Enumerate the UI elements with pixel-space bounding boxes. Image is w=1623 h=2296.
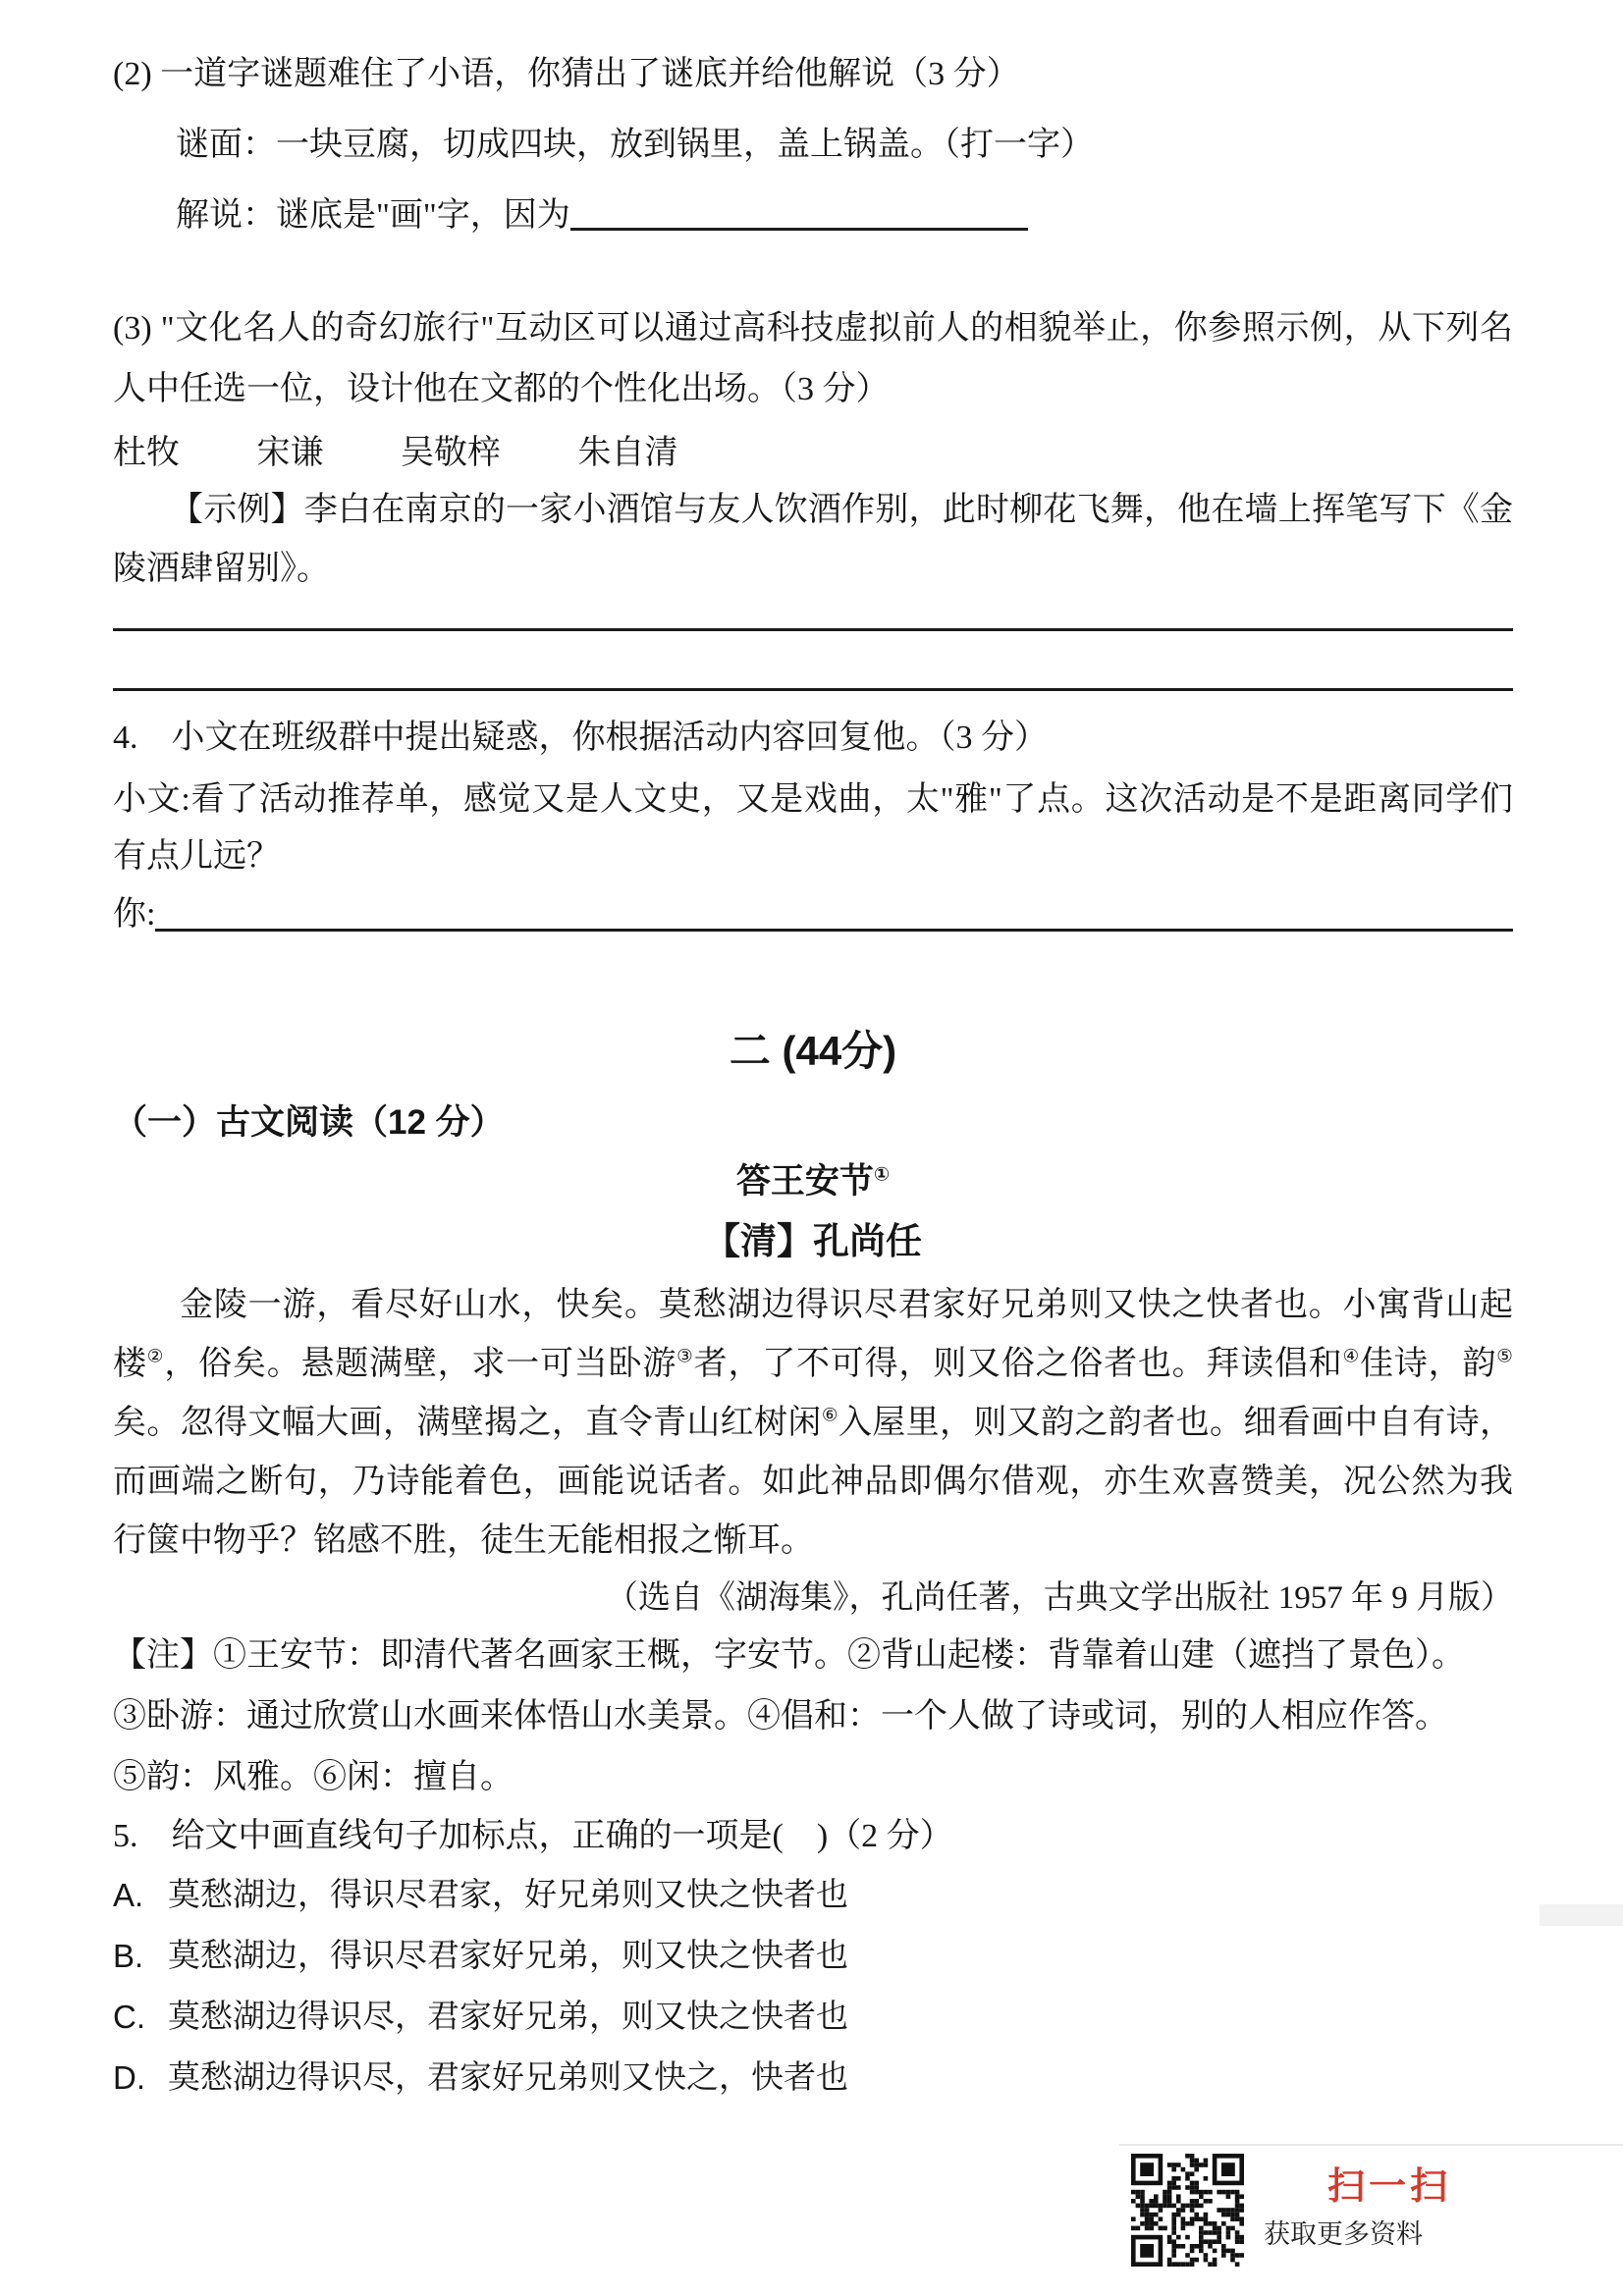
name-item-zhuziqing: 朱自清 [578, 435, 678, 471]
name-item-dumu: 杜牧 [113, 435, 180, 471]
notes-line-3: ⑤韵：风雅。⑥闲：擅自。 [113, 1747, 1513, 1808]
question-2-explain-row: 解说：谜底是"画"字，因为 [176, 196, 1513, 236]
question-5-prompt: 5. 给文中画直线句子加标点，正确的一项是( )（2 分） [113, 1808, 1513, 1865]
option-c-label: C. [113, 1987, 168, 2048]
essay-paragraph: 金陵一游，看尽好山水，快矣。莫愁湖边得识尽君家好兄弟则又快之快者也。小寓背山起楼… [113, 1276, 1513, 1571]
option-d-label: D. [113, 2048, 168, 2109]
option-b-label: B. [113, 1926, 168, 1987]
page-content: (2) 一道字谜题难住了小语，你猜出了谜底并给他解说（3 分） 谜面：一块豆腐，… [113, 55, 1513, 2109]
option-d: D. 莫愁湖边得识尽，君家好兄弟则又快之，快者也 [113, 2048, 1513, 2109]
answer-blank-inline [570, 198, 1028, 231]
option-a-text: 莫愁湖边，得识尽君家，好兄弟则又快之快者也 [168, 1865, 848, 1926]
option-b-text: 莫愁湖边，得识尽君家好兄弟，则又快之快者也 [168, 1926, 848, 1987]
question-4-answer-row: 你: [113, 893, 1513, 936]
name-item-wujingzi: 吴敬梓 [401, 435, 501, 471]
option-b: B. 莫愁湖边，得识尽君家好兄弟，则又快之快者也 [113, 1926, 1513, 1987]
subsection-title: （一）古文阅读（12 分） [113, 1101, 1513, 1145]
footer-divider [1119, 2144, 1623, 2146]
scan-title: 扫一扫 [1327, 2156, 1451, 2210]
essay-author: 【清】孔尚任 [113, 1219, 1513, 1264]
answer-blank-grow [155, 899, 1513, 932]
question-4-prompt: 4. 小文在班级群中提出疑惑，你根据活动内容回复他。（3 分） [113, 717, 1513, 760]
celebrity-name-list: 杜牧 宋谦 吴敬梓 朱自清 [113, 432, 1513, 475]
question-4-you-prefix: 你: [113, 893, 155, 936]
name-item-songqian: 宋谦 [257, 435, 324, 471]
question-2-prompt: (2) 一道字谜题难住了小语，你猜出了谜底并给他解说（3 分） [113, 55, 1513, 94]
notes-line-2: ③卧游：通过欣赏山水画来体悟山水美景。④倡和：一个人做了诗或词，别的人相应作答。 [113, 1686, 1513, 1747]
qr-code [1131, 2154, 1244, 2267]
answer-line-2 [113, 688, 1513, 691]
option-d-text: 莫愁湖边得识尽，君家好兄弟则又快之，快者也 [168, 2048, 848, 2109]
exam-page: (2) 一道字谜题难住了小语，你猜出了谜底并给他解说（3 分） 谜面：一块豆腐，… [0, 0, 1623, 2296]
question-3-prompt: (3) "文化名人的奇幻旅行"互动区可以通过高科技虚拟前人的相貌举止，你参照示例… [113, 298, 1513, 420]
scan-artifact [1540, 1904, 1623, 1926]
question-3-example: 【示例】李白在南京的一家小酒馆与友人饮酒作别，此时柳花飞舞，他在墙上挥笔写下《金… [113, 481, 1513, 599]
answer-line-1 [113, 628, 1513, 631]
essay-source: （选自《湖海集》，孔尚任著，古典文学出版社 1957 年 9 月版） [113, 1571, 1513, 1626]
option-c: C. 莫愁湖边得识尽，君家好兄弟，则又快之快者也 [113, 1987, 1513, 2048]
option-a-label: A. [113, 1865, 168, 1926]
option-c-text: 莫愁湖边得识尽，君家好兄弟，则又快之快者也 [168, 1987, 848, 2048]
option-a: A. 莫愁湖边，得识尽君家，好兄弟则又快之快者也 [113, 1865, 1513, 1926]
notes-line-1: 【注】①王安节：即清代著名画家王概，字安节。②背山起楼：背靠着山建（遮挡了景色）… [113, 1626, 1513, 1686]
question-4-xiaowen: 小文:看了活动推荐单，感觉又是人文史，又是戏曲，太"雅"了点。这次活动是不是距离… [113, 772, 1513, 885]
scan-subtitle: 获取更多资料 [1264, 2213, 1423, 2251]
section-two-title: 二 (44分) [113, 1027, 1513, 1076]
question-2-riddle: 谜面：一块豆腐，切成四块，放到锅里，盖上锅盖。（打一字） [176, 126, 1513, 165]
question-2-explain-prefix: 解说：谜底是"画"字，因为 [176, 196, 570, 236]
essay-title: 答王安节① [113, 1160, 1513, 1203]
